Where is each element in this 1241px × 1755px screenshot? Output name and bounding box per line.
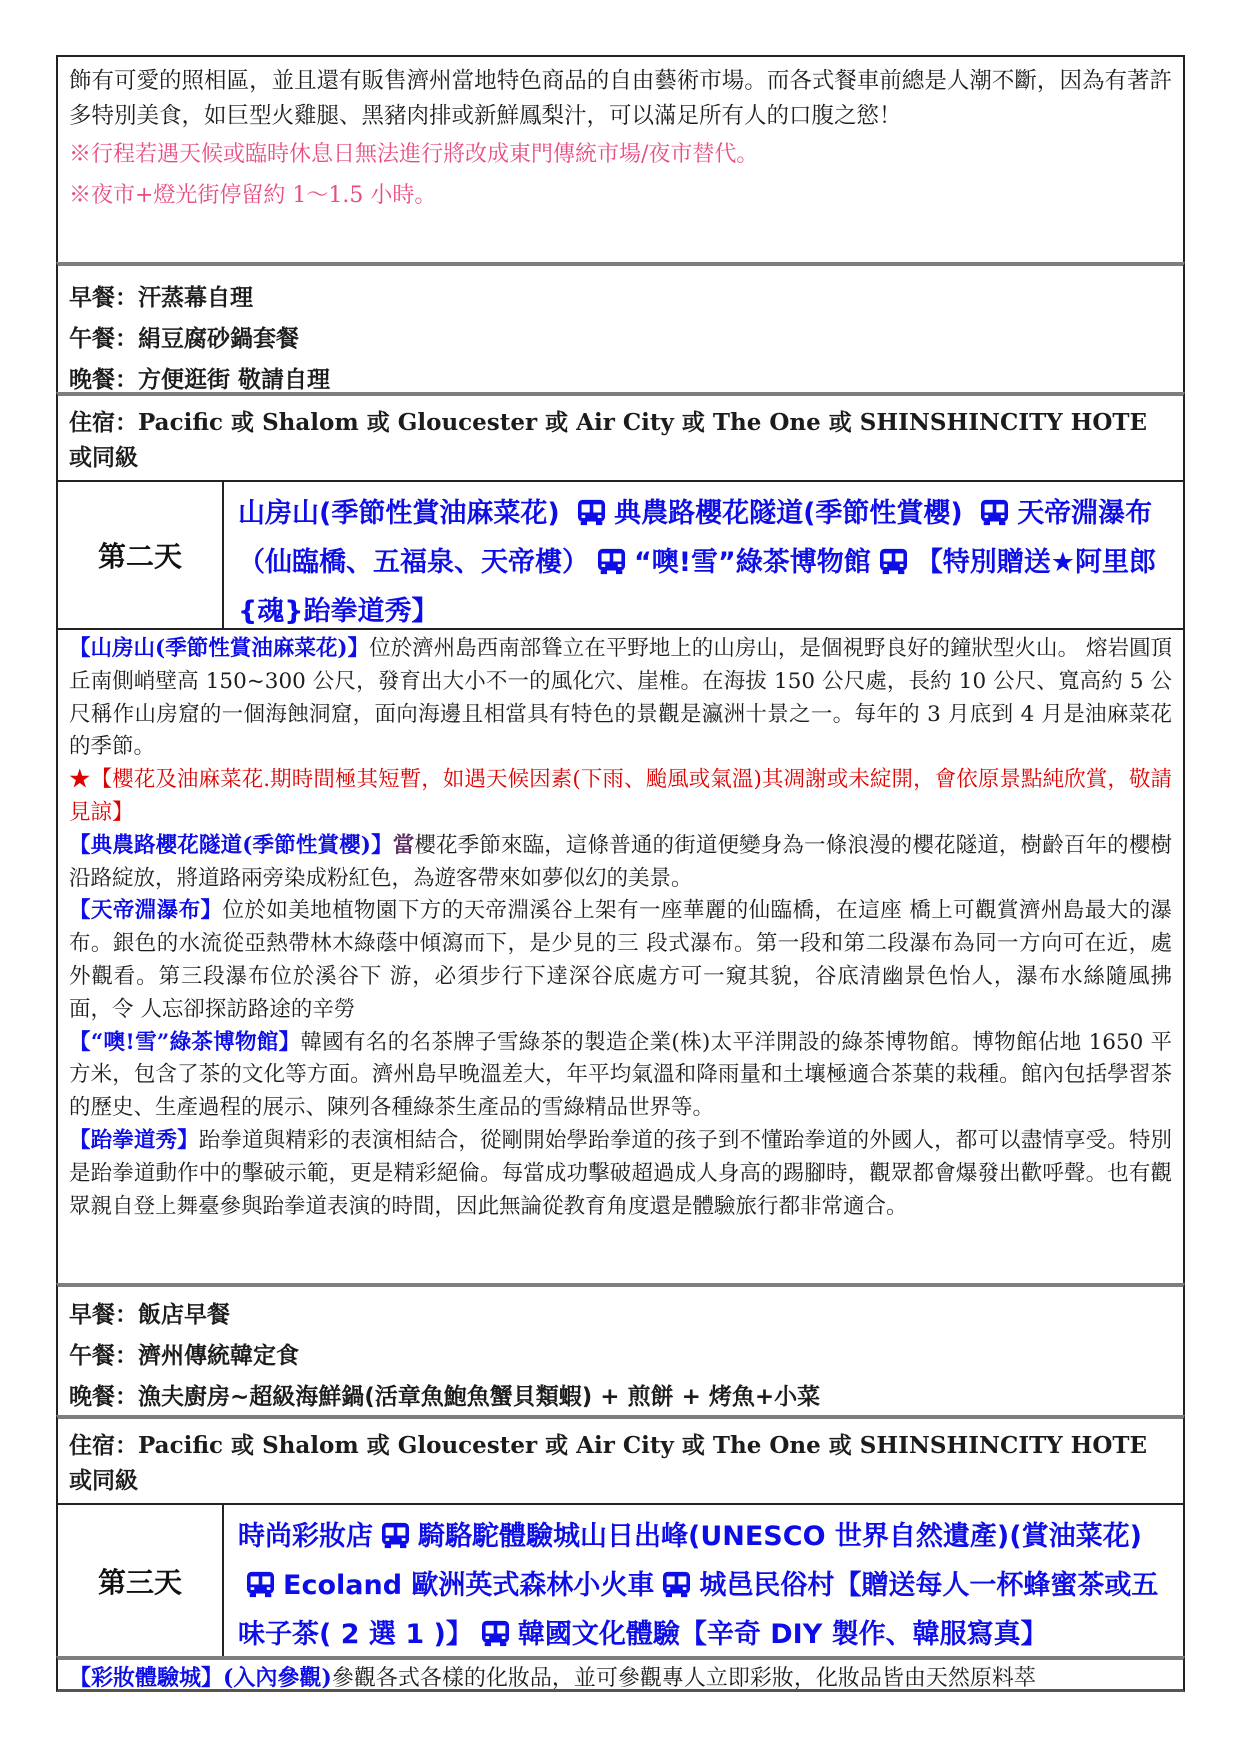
cherry-tunnel-paragraph: 【典農路櫻花隧道(季節性賞櫻)】當櫻花季節來臨，這條普通的街道便變身為一條浪漫的… (69, 830, 1172, 896)
makeup-city-subheading: (入內參觀) (223, 1665, 332, 1691)
day2-route-stop-2: 典農路櫻花隧道(季節性賞櫻) (614, 498, 972, 529)
day1-meals-section: 早餐：汗蒸幕自理 午餐：絹豆腐砂鍋套餐 晚餐：方便逛街 敬請自理 (56, 262, 1185, 392)
sanbangsan-heading: 【山房山(季節性賞油麻菜花)】 (69, 636, 369, 661)
day3-route-stop-3: Ecoland 歐洲英式森林小火車 (283, 1570, 654, 1601)
intro-paragraph: 飾有可愛的照相區，並且還有販售濟州當地特色商品的自由藝術市場。而各式餐車前總是人… (69, 64, 1172, 133)
sanbangsan-paragraph: 【山房山(季節性賞油麻菜花)】位於濟州島西南部聳立在平野地上的山房山，是個視野良… (69, 633, 1172, 764)
cherry-tunnel-lead-char: 當 (393, 833, 415, 858)
bus-icon (595, 548, 628, 575)
day2-breakfast-line: 早餐：飯店早餐 (69, 1295, 1172, 1336)
day3-route-stop-5: 韓國文化體驗【辛奇 DIY 製作、韓服寫真】 (518, 1619, 1048, 1650)
intro-section: 飾有可愛的照相區，並且還有販售濟州當地特色商品的自由藝術市場。而各式餐車前總是人… (56, 55, 1185, 262)
greentea-museum-paragraph: 【“噢!雪”綠茶博物館】韓國有名的名茶牌子雪綠茶的製造企業(株)太平洋開設的綠茶… (69, 1027, 1172, 1125)
bus-icon (660, 1571, 693, 1598)
cheonjeyeon-paragraph: 【天帝淵瀑布】位於如美地植物園下方的天帝淵溪谷上架有一座華麗的仙臨橋，在這座 橋… (69, 895, 1172, 1026)
day1-dinner-line: 晚餐：方便逛街 敬請自理 (69, 360, 1172, 392)
makeup-city-body: 參觀各式各樣的化妝品，並可參觀專人立即彩妝，化妝品皆由天然原料萃 (332, 1666, 1036, 1691)
day1-hotel-section: 住宿：Pacific 或 Shalom 或 Gloucester 或 Air C… (56, 392, 1185, 480)
day2-label: 第二天 (58, 482, 224, 628)
bus-icon (877, 548, 910, 575)
cheonjeyeon-heading: 【天帝淵瀑布】 (69, 898, 222, 923)
day3-route: 時尚彩妝店騎駱駝體驗城山日出峰(UNESCO 世界自然遺產)(賞油菜花) Eco… (224, 1505, 1183, 1656)
day2-route-stop-4: “噢!雪”綠茶博物館 (634, 547, 871, 578)
day2-route-stop-1: 山房山(季節性賞油麻菜花) (238, 498, 569, 529)
makeup-city-heading: 【彩妝體驗城】 (69, 1665, 223, 1691)
weather-replacement-note: ※行程若遇天候或臨時休息日無法進行將改成東門傳統市場/夜市替代。 (69, 136, 1172, 174)
bus-icon (575, 499, 608, 526)
blossom-warning: ★【櫻花及油麻菜花.期時間極其短暫，如遇天候因素(下雨、颱風或氣溫)其凋謝或未綻… (69, 764, 1172, 830)
day3-label: 第三天 (58, 1505, 224, 1656)
bus-icon (978, 499, 1011, 526)
bus-icon (479, 1620, 512, 1647)
day2-route: 山房山(季節性賞油麻菜花) 典農路櫻花隧道(季節性賞櫻) 天帝淵瀑布（仙臨橋、五… (224, 482, 1183, 628)
night-market-duration-note: ※夜市+燈光街停留約 1～1.5 小時。 (69, 177, 1172, 215)
taekwondo-show-paragraph: 【跆拳道秀】跆拳道與精彩的表演相結合，從剛開始學跆拳道的孩子到不懂跆拳道的外國人… (69, 1125, 1172, 1223)
day2-hotel-section: 住宿：Pacific 或 Shalom 或 Gloucester 或 Air C… (56, 1415, 1185, 1503)
bus-icon (379, 1522, 412, 1549)
day1-breakfast-line: 早餐：汗蒸幕自理 (69, 278, 1172, 319)
cheonjeyeon-body: 位於如美地植物園下方的天帝淵溪谷上架有一座華麗的仙臨橋，在這座 橋上可觀賞濟州島… (69, 898, 1172, 1021)
day2-description-section: 【山房山(季節性賞油麻菜花)】位於濟州島西南部聳立在平野地上的山房山，是個視野良… (56, 628, 1185, 1283)
day2-dinner-line: 晚餐：漁夫廚房~超級海鮮鍋(活章魚鮑魚蟹貝類蝦) + 煎餅 + 烤魚+小菜 (69, 1377, 1172, 1415)
makeup-city-paragraph: 【彩妝體驗城】(入內參觀)參觀各式各樣的化妝品，並可參觀專人立即彩妝，化妝品皆由… (69, 1664, 1172, 1692)
day3-route-stop-2: 騎駱駝體驗城山日出峰(UNESCO 世界自然遺產)(賞油菜花) (418, 1521, 1142, 1552)
taekwondo-show-body: 跆拳道與精彩的表演相結合，從剛開始學跆拳道的孩子到不懂跆拳道的外國人，都可以盡情… (69, 1128, 1172, 1219)
day3-route-stop-1: 時尚彩妝店 (238, 1521, 373, 1552)
taekwondo-show-heading: 【跆拳道秀】 (69, 1128, 199, 1153)
day1-hotel-options: 住宿：Pacific 或 Shalom 或 Gloucester 或 Air C… (69, 405, 1172, 475)
day3-header-row: 第三天 時尚彩妝店騎駱駝體驗城山日出峰(UNESCO 世界自然遺產)(賞油菜花)… (56, 1503, 1185, 1656)
greentea-museum-heading: 【“噢!雪”綠茶博物館】 (69, 1030, 300, 1055)
day2-lunch-line: 午餐：濟州傳統韓定食 (69, 1336, 1172, 1377)
day1-lunch-line: 午餐：絹豆腐砂鍋套餐 (69, 319, 1172, 360)
day2-header-row: 第二天 山房山(季節性賞油麻菜花) 典農路櫻花隧道(季節性賞櫻) 天帝淵瀑布（仙… (56, 480, 1185, 628)
cherry-tunnel-heading: 【典農路櫻花隧道(季節性賞櫻)】 (69, 833, 393, 858)
bus-icon (244, 1571, 277, 1598)
day2-meals-section: 早餐：飯店早餐 午餐：濟州傳統韓定食 晚餐：漁夫廚房~超級海鮮鍋(活章魚鮑魚蟹貝… (56, 1283, 1185, 1415)
day3-description-section: 【彩妝體驗城】(入內參觀)參觀各式各樣的化妝品，並可參觀專人立即彩妝，化妝品皆由… (56, 1656, 1185, 1692)
itinerary-document: 飾有可愛的照相區，並且還有販售濟州當地特色商品的自由藝術市場。而各式餐車前總是人… (56, 55, 1185, 1692)
day2-hotel-options: 住宿：Pacific 或 Shalom 或 Gloucester 或 Air C… (69, 1428, 1172, 1498)
